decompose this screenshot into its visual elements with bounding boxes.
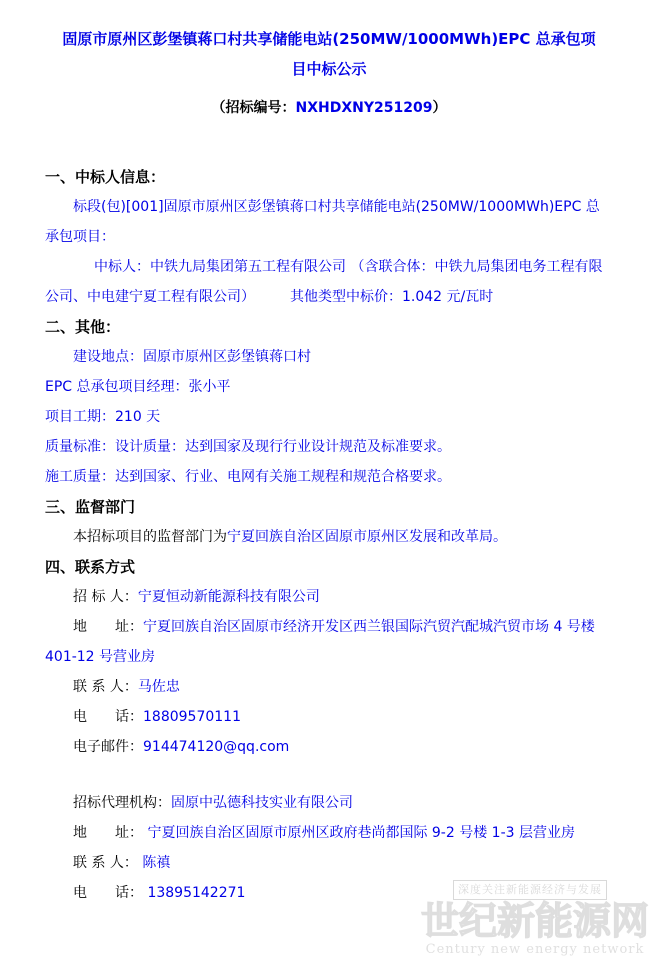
text-segment: 宁夏恒动新能源科技有限公司 [138,589,320,605]
page-title: 固原市原州区彭堡镇蒋口村共享储能电站(250MW/1000MWh)EPC 总承包… [55,24,603,84]
text-segment: 本招标项目的监督部门为 [73,529,227,545]
text-segment: 地 址： [73,619,143,635]
announcement-page: 固原市原州区彭堡镇蒋口村共享储能电站(250MW/1000MWh)EPC 总承包… [0,0,658,959]
document-body: 一、中标人信息：标段(包)[001]固原市原州区彭堡镇蒋口村共享储能电站(250… [0,162,658,908]
text-segment: 地 址： [73,825,147,841]
paragraph: 招 标 人：宁夏恒动新能源科技有限公司 [45,582,613,612]
text-segment: 联 系 人： [73,679,138,695]
text-segment: 施工质量：达到国家、行业、电网有关施工规程和规范合格要求。 [45,469,451,485]
text-segment: 建设地点：固原市原州区彭堡镇蒋口村 [73,349,311,365]
paragraph: 项目工期：210 天 [45,402,613,432]
paragraph: 地 址： 宁夏回族自治区固原市原州区政府巷尚都国际 9-2 号楼 1-3 层营业… [45,818,613,848]
text-segment: 18809570111 [143,709,241,725]
bid-number-prefix: （招标编号： [212,100,296,116]
paragraph: 施工质量：达到国家、行业、电网有关施工规程和规范合格要求。 [45,462,613,492]
document-header: 固原市原州区彭堡镇蒋口村共享储能电站(250MW/1000MWh)EPC 总承包… [0,0,658,122]
paragraph: 地 址：宁夏回族自治区固原市经济开发区西兰银国际汽贸汽配城汽贸市场 4 号楼40… [45,612,613,672]
paragraph-spacer [45,762,613,788]
bid-number-suffix: ） [432,100,446,116]
paragraph: 招标代理机构：固原中弘德科技实业有限公司 [45,788,613,818]
text-segment: 电子邮件： [73,739,143,755]
text-segment: 陈禛 [142,855,170,871]
text-segment: 标段(包)[001]固原市原州区彭堡镇蒋口村共享储能电站(250MW/1000M… [45,199,600,245]
paragraph: 电 话： 13895142271 [45,878,613,908]
text-segment: 招标代理机构： [73,795,171,811]
text-segment: 宁夏回族自治区固原市原州区发展和改革局。 [227,529,507,545]
paragraph: 中标人：中铁九局集团第五工程有限公司 （含联合体：中铁九局集团电务工程有限公司、… [45,252,613,312]
text-segment: 中标人：中铁九局集团第五工程有限公司 （含联合体：中铁九局集团电务工程有限公司、… [45,259,602,305]
paragraph: EPC 总承包项目经理：张小平 [45,372,613,402]
bid-number-value: NXHDXNY251209 [296,100,433,116]
text-segment: 13895142271 [147,885,245,901]
paragraph: 联 系 人：马佐忠 [45,672,613,702]
text-segment: EPC 总承包项目经理：张小平 [45,379,231,395]
text-segment: 质量标准：设计质量：达到国家及现行行业设计规范及标准要求。 [45,439,451,455]
section-heading: 三、监督部门 [45,492,613,522]
text-segment: 固原中弘德科技实业有限公司 [171,795,353,811]
section-heading: 一、中标人信息： [45,162,613,192]
bid-number-line: （招标编号：NXHDXNY251209） [0,94,658,122]
text-segment: 914474120@qq.com [143,739,289,755]
paragraph: 本招标项目的监督部门为宁夏回族自治区固原市原州区发展和改革局。 [45,522,613,552]
text-segment: 电 话： [73,709,143,725]
text-segment: 马佐忠 [138,679,180,695]
paragraph: 建设地点：固原市原州区彭堡镇蒋口村 [45,342,613,372]
text-segment: 电 话： [73,885,147,901]
text-segment: 招 标 人： [73,589,138,605]
paragraph: 质量标准：设计质量：达到国家及现行行业设计规范及标准要求。 [45,432,613,462]
section-heading: 四、联系方式 [45,552,613,582]
section-heading: 二、其他： [45,312,613,342]
text-segment: 宁夏回族自治区固原市原州区政府巷尚都国际 9-2 号楼 1-3 层营业房 [147,825,575,841]
paragraph: 电 话：18809570111 [45,702,613,732]
watermark-brand-english: Century new energy network [414,942,656,957]
text-segment: 联 系 人： [73,855,142,871]
paragraph: 电子邮件：914474120@qq.com [45,732,613,762]
paragraph: 标段(包)[001]固原市原州区彭堡镇蒋口村共享储能电站(250MW/1000M… [45,192,613,252]
text-segment: 项目工期：210 天 [45,409,160,425]
paragraph: 联 系 人： 陈禛 [45,848,613,878]
